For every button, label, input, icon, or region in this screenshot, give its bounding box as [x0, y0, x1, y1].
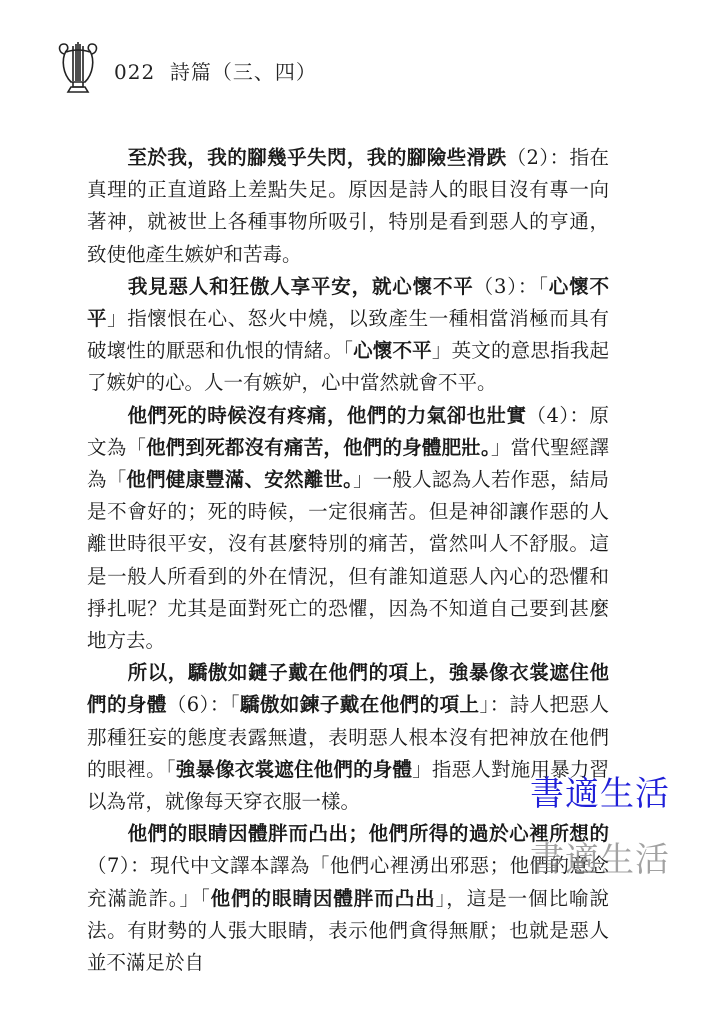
lyre-icon	[56, 40, 100, 100]
scripture-quote: 至於我，我的腳幾乎失閃，我的腳險些滑跌	[127, 146, 507, 169]
watermark-blue: 書適生活	[530, 766, 670, 815]
scripture-quote: 我見惡人和狂傲人享平安，就心懷不平	[127, 275, 474, 298]
commentary-text: （6）：「	[167, 693, 240, 716]
page-title: 022 詩篇（三、四）	[114, 56, 317, 85]
paragraph: 我見惡人和狂傲人享平安，就心懷不平（3）：「心懷不平」指懷恨在心、怒火中燒，以致…	[87, 271, 609, 400]
watermark-gray: 書適生活	[530, 832, 670, 881]
scripture-quote: 他們死的時候沒有疼痛，他們的力氣卻也壯實	[127, 404, 527, 427]
page-number: 022	[114, 60, 155, 84]
scripture-quote: 他們健康豐滿、安然離世。	[126, 468, 353, 491]
page-header: 022 詩篇（三、四）	[56, 40, 317, 100]
scripture-quote: 強暴像衣裳遮住他們的身體	[176, 758, 412, 781]
scripture-quote: 他們到死都沒有痛苦，他們的身體肥壯。	[146, 436, 491, 459]
scripture-quote: 心懷不平	[353, 339, 432, 362]
paragraph: 至於我，我的腳幾乎失閃，我的腳險些滑跌（2）：指在真理的正直道路上差點失足。原因…	[87, 142, 609, 271]
commentary-text: 」一般人認為人若作惡，結局是不會好的；死的時候，一定很痛苦。但是神卻讓作惡的人離…	[87, 468, 609, 652]
scripture-quote: 他們的眼睛因體胖而凸出	[211, 887, 436, 910]
paragraph: 他們死的時候沒有疼痛，他們的力氣卻也壯實（4）：原文為「他們到死都沒有痛苦，他們…	[87, 400, 609, 658]
chapter-title: 詩篇（三、四）	[170, 60, 317, 84]
scripture-quote: 驕傲如鍊子戴在他們的項上	[240, 693, 479, 716]
commentary-text: （3）：「	[474, 275, 549, 298]
